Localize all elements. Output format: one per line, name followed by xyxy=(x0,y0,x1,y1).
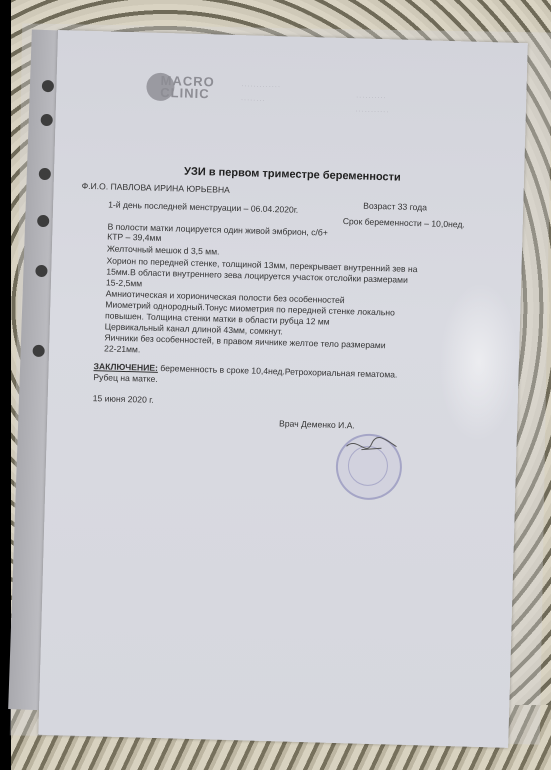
punch-hole xyxy=(32,345,44,357)
conclusion-text: беременность в сроке 10,4нед.Ретрохориал… xyxy=(158,363,398,380)
header-address-2: · · · · · · · · xyxy=(241,97,264,104)
report-title: УЗИ в первом триместре беременности xyxy=(184,166,401,184)
patient-age: Возраст 33 года xyxy=(363,201,427,213)
punch-hole xyxy=(37,215,49,227)
body-line: КТР – 39,4мм xyxy=(107,231,161,243)
header-address-1: · · · · · · · · · · · · · xyxy=(241,83,279,90)
gestational-age: Срок беременности – 10,0нед. xyxy=(343,216,465,229)
body-line: Желточный мешок d 3,5 мм. xyxy=(107,243,220,256)
punch-hole xyxy=(39,168,51,180)
logo-line2: CLINIC xyxy=(160,87,214,101)
header-email: · · · · · · · · · · · xyxy=(356,108,388,115)
clinic-logo: MACRO CLINIC xyxy=(146,72,215,102)
punch-hole xyxy=(35,265,47,277)
report-paper: MACRO CLINIC · · · · · · · · · · · · · ·… xyxy=(38,30,528,748)
sleeve-glare xyxy=(437,281,521,443)
conclusion-label: ЗАКЛЮЧЕНИЕ: xyxy=(93,361,158,373)
doctor-name: Врач Деменко И.А. xyxy=(279,418,355,430)
punch-hole xyxy=(41,114,53,126)
last-menstruation: 1-й день последней менструации – 06.04.2… xyxy=(108,199,298,214)
conclusion-line2: Рубец на матке. xyxy=(93,372,158,384)
doctor-signature xyxy=(341,431,402,463)
body-line: 22-21мм. xyxy=(104,343,140,354)
punch-hole xyxy=(42,80,54,92)
body-line: 15-2,5мм xyxy=(106,277,142,288)
patient-name: Ф.И.О. ПАВЛОВА ИРИНА ЮРЬЕВНА xyxy=(82,181,230,195)
header-phone: · · · · · · · · · · xyxy=(356,94,385,101)
report-date: 15 июня 2020 г. xyxy=(93,393,154,405)
